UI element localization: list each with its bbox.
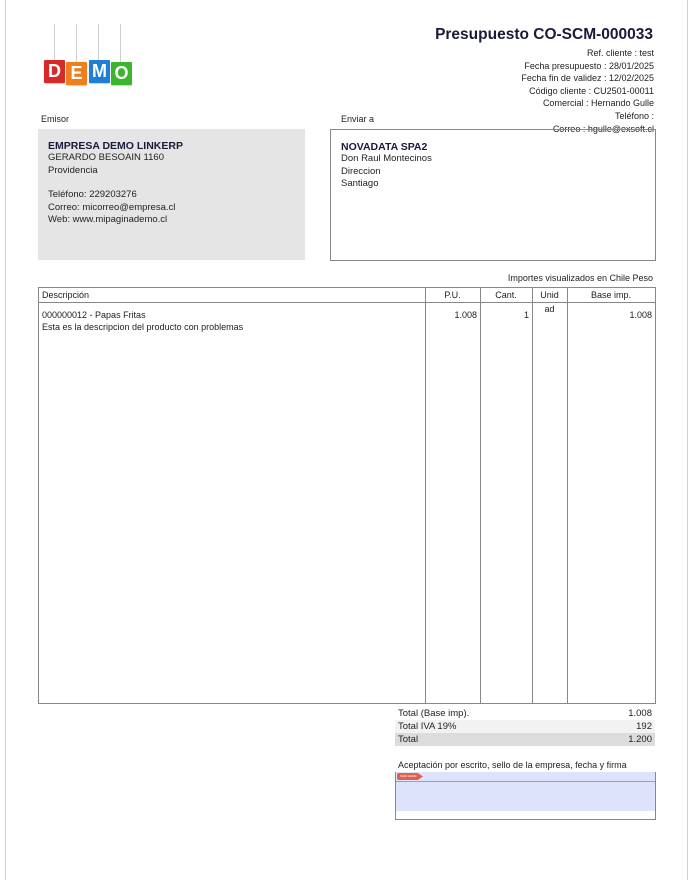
recipient-label: Enviar a <box>341 114 374 124</box>
recipient-box: NOVADATA SPA2 Don Raul Montecinos Direcc… <box>330 129 656 261</box>
header-unit: Unid <box>532 290 567 300</box>
emisor-web: Web: www.mipaginademo.cl <box>48 214 305 226</box>
sales-rep: Comercial : Hernando Gulle <box>521 97 654 110</box>
line-unit-price: 1.008 <box>425 309 477 321</box>
emisor-email: Correo: micorreo@empresa.cl <box>48 202 305 214</box>
logo-tile: O <box>111 62 132 85</box>
emisor-address: GERARDO BESOAIN 1160 <box>48 152 305 164</box>
header-unit-price: P.U. <box>425 290 480 300</box>
page-edge <box>687 0 688 880</box>
total-tax-label: Total IVA 19% <box>398 720 456 733</box>
recipient-contact: Don Raul Montecinos <box>341 153 655 165</box>
line-description: 000000012 - Papas Fritas <box>42 309 146 321</box>
recipient-name: NOVADATA SPA2 <box>341 141 655 153</box>
header-quantity: Cant. <box>480 290 532 300</box>
emisor-name: EMPRESA DEMO LINKERP <box>48 140 305 152</box>
emisor-phone: Teléfono: 229203276 <box>48 189 305 201</box>
logo-tile: D <box>44 60 65 83</box>
validity-date: Fecha fin de validez : 12/02/2025 <box>521 72 654 85</box>
company-logo: D E M O <box>44 24 134 86</box>
document-title: Presupuesto CO-SCM-000033 <box>435 26 653 44</box>
acceptance-label: Aceptación por escrito, sello de la empr… <box>398 760 627 770</box>
document-meta: Ref. cliente : test Fecha presupuesto : … <box>521 47 654 135</box>
logo-tile: E <box>66 62 87 85</box>
recipient-city: Santiago <box>341 178 655 190</box>
line-quantity: 1 <box>480 309 529 321</box>
currency-note: Importes visualizados en Chile Peso <box>508 273 653 283</box>
line-base: 1.008 <box>567 309 652 321</box>
page-edge <box>5 0 6 880</box>
logo-tile: M <box>89 60 110 83</box>
recipient-address: Direccion <box>341 166 655 178</box>
total-tax-value: 192 <box>636 720 652 733</box>
header-description: Descripción <box>42 290 89 300</box>
quote-date: Fecha presupuesto : 28/01/2025 <box>521 60 654 73</box>
grand-total-value: 1.200 <box>628 733 652 746</box>
grand-total-row: Total 1.200 <box>395 733 655 746</box>
grand-total-label: Total <box>398 733 418 746</box>
signature-box[interactable]: SIGN HERE <box>395 772 656 820</box>
header-base: Base imp. <box>567 290 655 300</box>
emisor-label: Emisor <box>41 114 69 124</box>
line-unit: ad <box>532 303 567 315</box>
total-base-row: Total (Base imp). 1.008 <box>395 707 655 720</box>
sign-here-tag-icon[interactable]: SIGN HERE <box>397 773 423 780</box>
lines-table: Descripción P.U. Cant. Unid Base imp. 00… <box>38 287 656 704</box>
total-tax-row: Total IVA 19% 192 <box>395 720 655 733</box>
total-base-value: 1.008 <box>628 707 652 720</box>
sales-phone: Teléfono : <box>521 110 654 123</box>
total-base-label: Total (Base imp). <box>398 707 469 720</box>
client-code: Código cliente : CU2501-00011 <box>521 85 654 98</box>
emisor-box: EMPRESA DEMO LINKERP GERARDO BESOAIN 116… <box>38 129 305 260</box>
totals-block: Total (Base imp). 1.008 Total IVA 19% 19… <box>395 707 655 746</box>
ref-client: Ref. cliente : test <box>521 47 654 60</box>
emisor-city: Providencia <box>48 165 305 177</box>
line-description-detail: Esta es la descripcion del producto con … <box>42 321 243 333</box>
